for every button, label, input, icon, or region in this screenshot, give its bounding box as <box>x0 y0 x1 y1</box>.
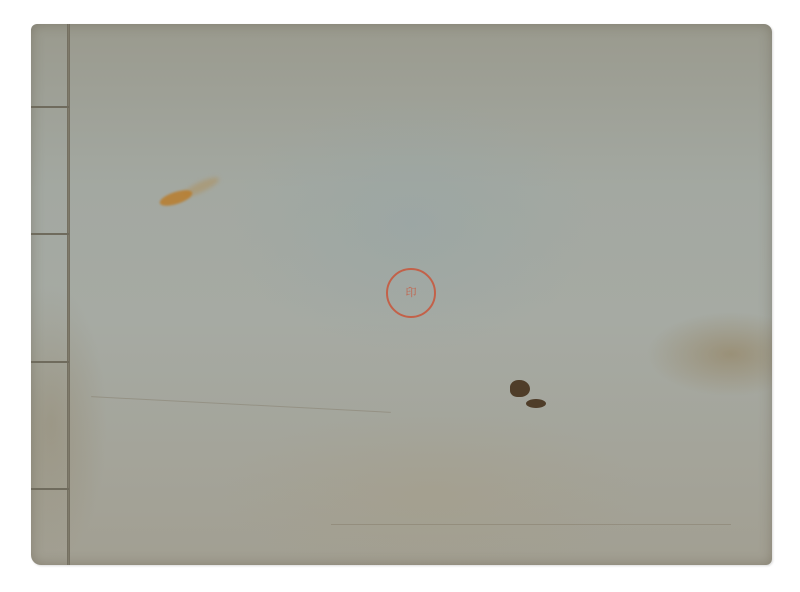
orange-stain <box>158 187 194 209</box>
dark-stain <box>526 399 546 408</box>
dark-stain <box>510 380 530 397</box>
stitch-line <box>31 106 69 108</box>
seal-text: 印 <box>406 287 417 299</box>
red-seal-stamp: 印 <box>386 268 436 318</box>
crease <box>331 524 731 525</box>
book-cover: 印 <box>31 24 772 565</box>
stitch-line <box>31 233 69 235</box>
crease <box>91 396 391 413</box>
stitch-line <box>31 488 69 490</box>
stitch-line <box>31 361 69 363</box>
